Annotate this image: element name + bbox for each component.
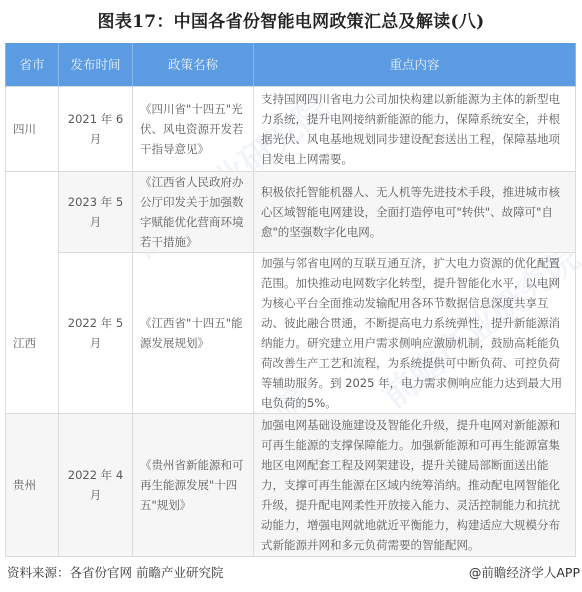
policy-table: 省市 发布时间 政策名称 重点内容 四川 2021 年 6 月 《四川省"十四五… <box>5 43 576 557</box>
table-header-row: 省市 发布时间 政策名称 重点内容 <box>6 43 576 87</box>
content-cell: 加强与邻省电网的互联互通互济，扩大电力资源的优化配置范围。加快推动电网数字化转型… <box>254 253 576 414</box>
policy-name-cell: 《贵州省新能源和可再生能源发展"十四五"规划》 <box>133 414 254 557</box>
date-cell: 2022 年 5 月 <box>59 253 133 414</box>
content-cell: 支持国网四川省电力公司加快构建以新能源为主体的新型电力系统，提升电网接纳新能源的… <box>254 87 576 172</box>
source-note: 资料来源：各省份官网 前瞻产业研究院 <box>7 563 223 581</box>
date-cell: 2021 年 6 月 <box>59 87 133 172</box>
credit-note: @前瞻经济学人APP <box>469 563 580 581</box>
policy-name-cell: 《四川省"十四五"光伏、风电资源开发若干指导意见》 <box>133 87 254 172</box>
header-policy-name: 政策名称 <box>133 43 254 87</box>
date-cell: 2023 年 5 月 <box>59 172 133 253</box>
policy-name-cell: 《江西省人民政府办公厅印发关于加强数字赋能优化营商环境若干措施》 <box>133 172 254 253</box>
province-cell: 贵州 <box>6 414 59 557</box>
table-row: 江西 2023 年 5 月 《江西省人民政府办公厅印发关于加强数字赋能优化营商环… <box>6 172 576 253</box>
header-date: 发布时间 <box>59 43 133 87</box>
header-province: 省市 <box>6 43 59 87</box>
content-cell: 积极依托智能机器人、无人机等先进技术手段，推进城市核心区域智能电网建设，全面打造… <box>254 172 576 253</box>
table-row: 2022 年 5 月 《江西省"十四五"能源发展规划》 加强与邻省电网的互联互通… <box>6 253 576 414</box>
date-cell: 2022 年 4 月 <box>59 414 133 557</box>
policy-name-cell: 《江西省"十四五"能源发展规划》 <box>133 253 254 414</box>
header-key-content: 重点内容 <box>254 43 576 87</box>
table-row: 贵州 2022 年 4 月 《贵州省新能源和可再生能源发展"十四五"规划》 加强… <box>6 414 576 557</box>
table-row: 四川 2021 年 6 月 《四川省"十四五"光伏、风电资源开发若干指导意见》 … <box>6 87 576 172</box>
province-cell: 江西 <box>6 172 59 414</box>
province-cell: 四川 <box>6 87 59 172</box>
content-cell: 加强电网基础设施建设及智能化升级，提升电网对新能源和可再生能源的支撑保障能力。加… <box>254 414 576 557</box>
chart-title: 图表17：中国各省份智能电网政策汇总及解读(八) <box>0 7 582 32</box>
